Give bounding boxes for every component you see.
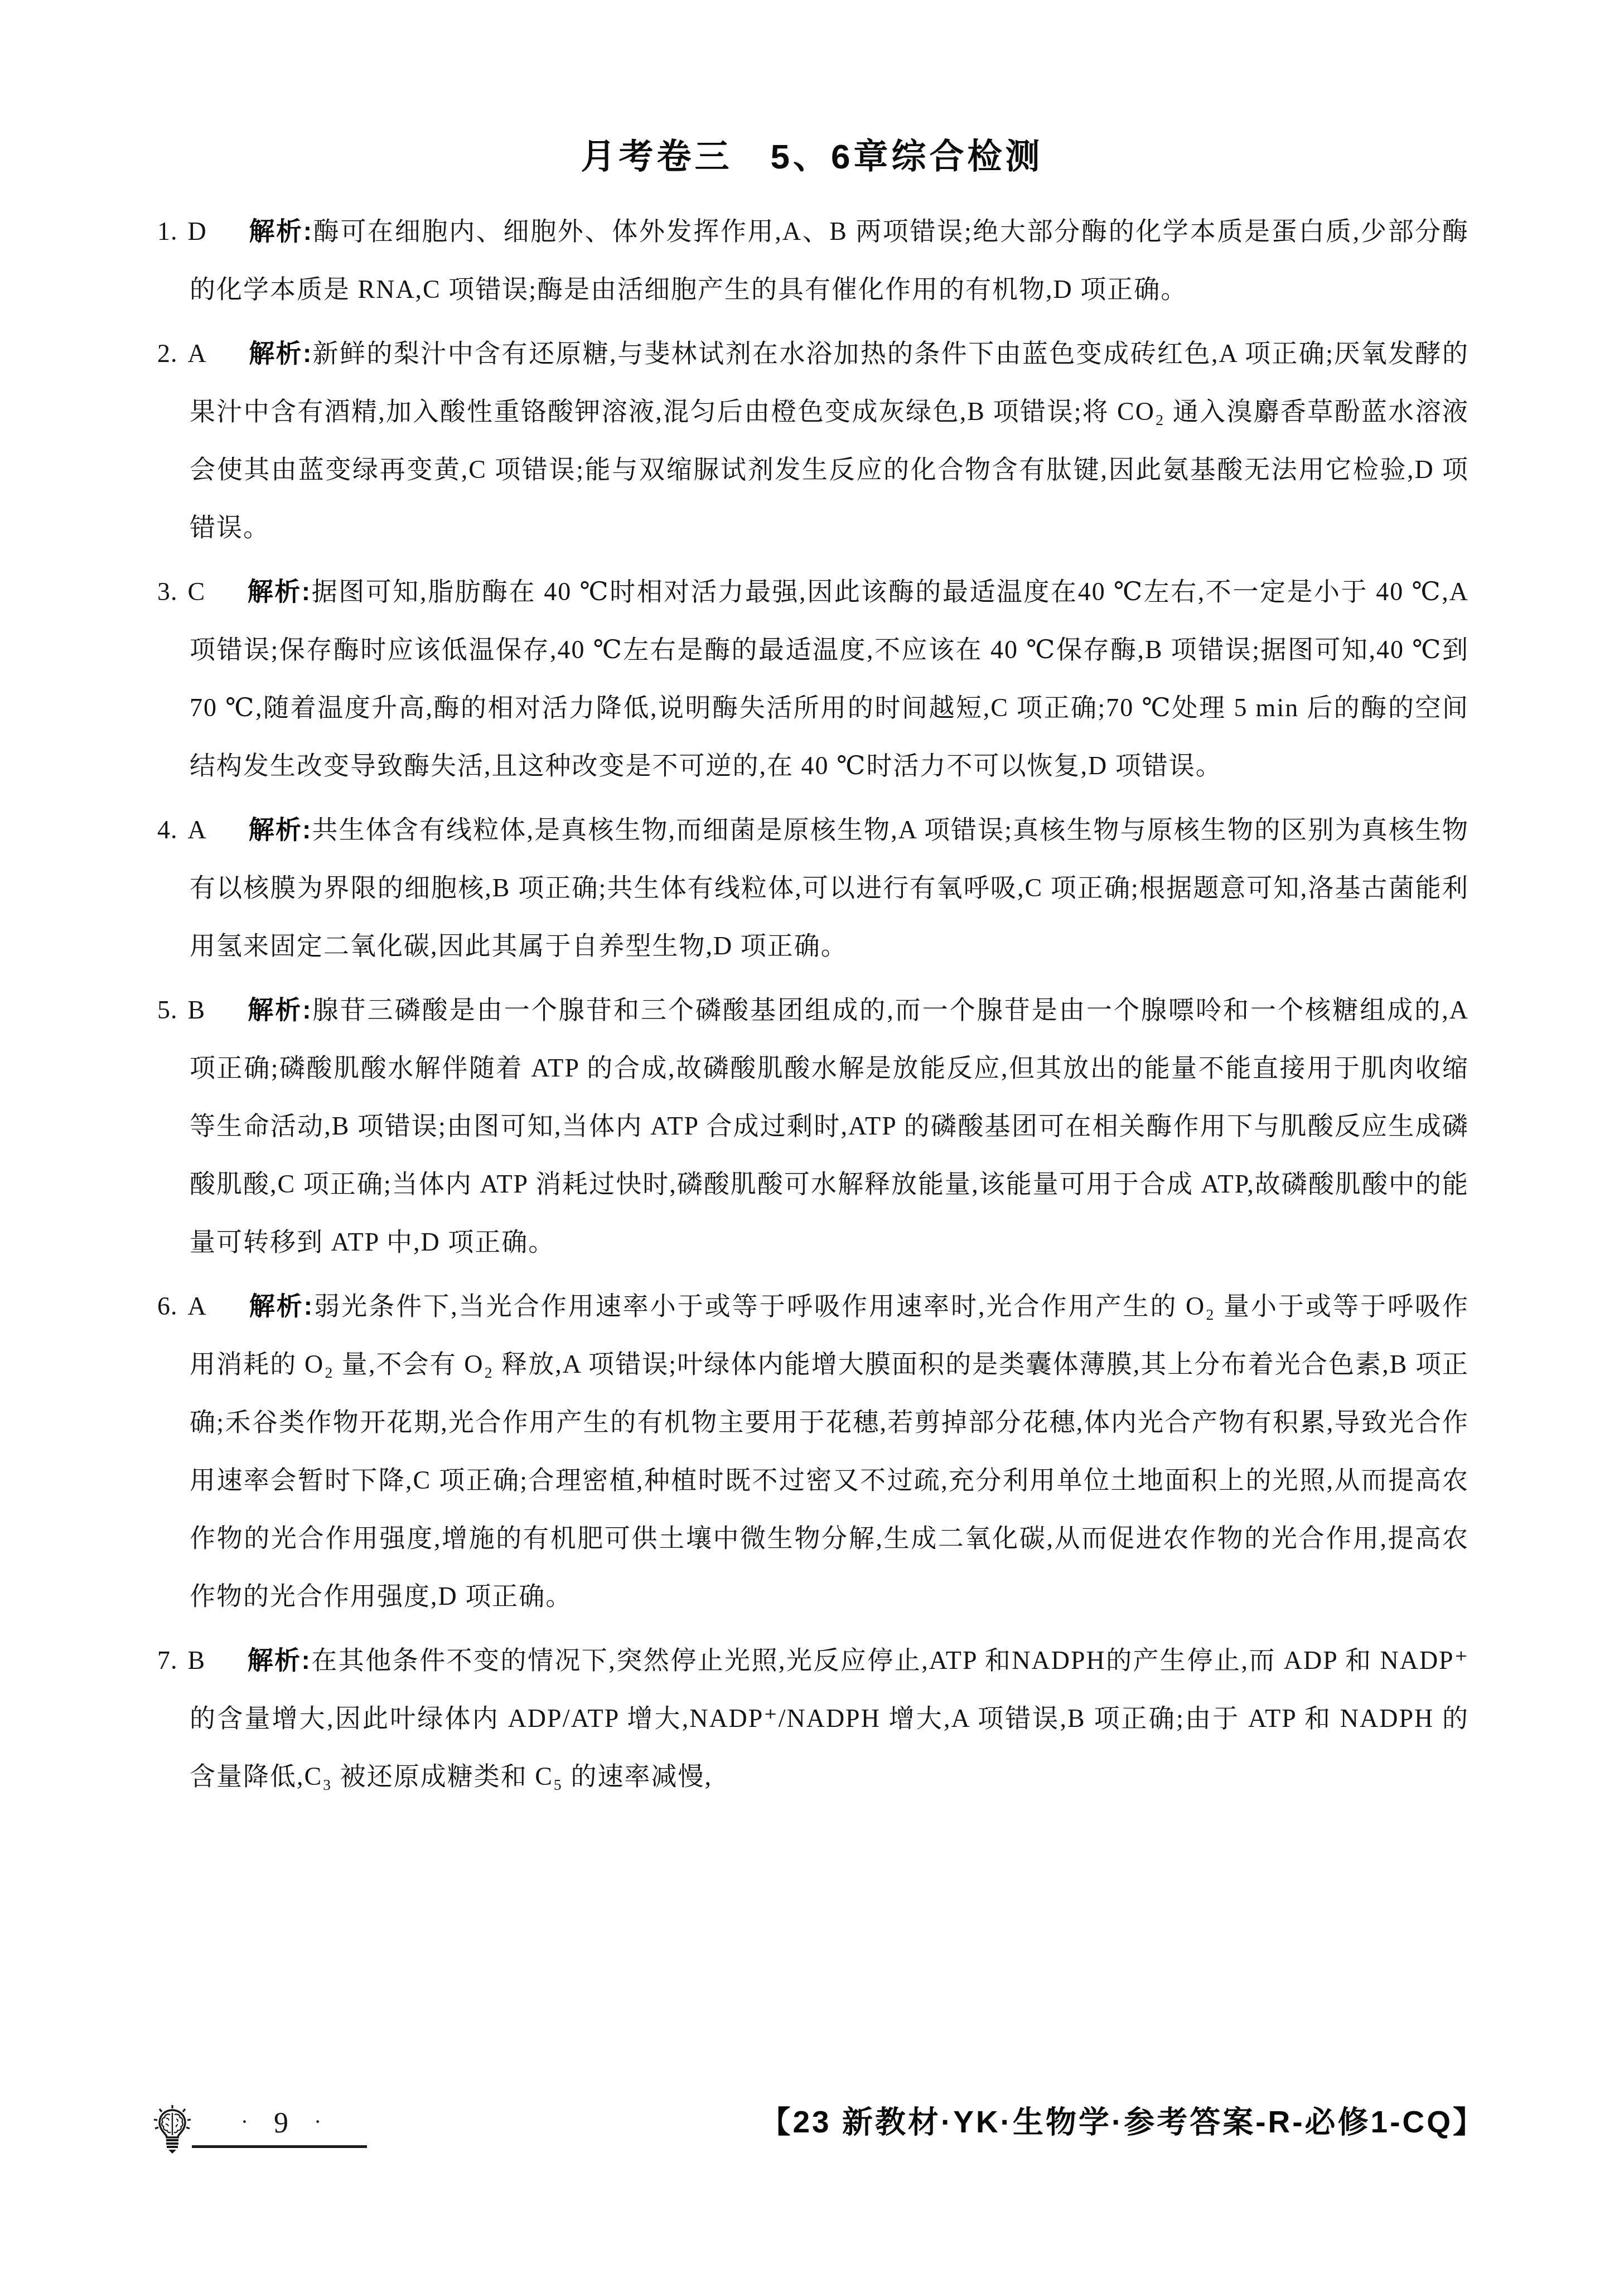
answer-item-5: 5.B解析:腺苷三磷酸是由一个腺苷和三个磷酸基团组成的,而一个腺苷是由一个腺嘌呤… [157, 981, 1469, 1271]
analysis-text: 据图可知,脂肪酶在 40 ℃时相对活力最强,因此该酶的最适温度在40 ℃左右,不… [190, 577, 1469, 780]
item-number: 3. [157, 577, 178, 606]
analysis-text: 共生体含有线粒体,是真核生物,而细菌是原核生物,A 项错误;真核生物与原核生物的… [190, 815, 1469, 960]
item-number: 7. [157, 1646, 178, 1674]
analysis-label: 解析: [249, 1291, 313, 1320]
answer-item-3: 3.C解析:据图可知,脂肪酶在 40 ℃时相对活力最强,因此该酶的最适温度在40… [157, 562, 1469, 795]
answer-item-2: 2.A解析:新鲜的梨汁中含有还原糖,与斐林试剂在水浴加热的条件下由蓝色变成砖红色… [157, 324, 1469, 557]
answer-letter: A [188, 1292, 207, 1320]
answer-key-page: 月考卷三 5、6章综合检测 1.D解析:酶可在细胞内、细胞外、体外发挥作用,A、… [0, 0, 1624, 2283]
analysis-label: 解析: [247, 1645, 311, 1674]
analysis-label: 解析: [247, 577, 311, 606]
answer-letter: B [188, 1646, 206, 1674]
analysis-label: 解析: [247, 995, 312, 1024]
analysis-label: 解析: [249, 815, 312, 844]
item-number: 5. [157, 996, 178, 1024]
analysis-text: 酶可在细胞内、细胞外、体外发挥作用,A、B 两项错误;绝大部分酶的化学本质是蛋白… [190, 217, 1469, 303]
page-number-value: 9 [274, 2107, 289, 2139]
item-number: 4. [157, 815, 178, 844]
answer-item-4: 4.A解析:共生体含有线粒体,是真核生物,而细菌是原核生物,A 项错误;真核生物… [157, 800, 1469, 975]
answer-list: 1.D解析:酶可在细胞内、细胞外、体外发挥作用,A、B 两项错误;绝大部分酶的化… [157, 202, 1469, 1806]
answer-letter: B [188, 996, 206, 1024]
analysis-text: 新鲜的梨汁中含有还原糖,与斐林试剂在水浴加热的条件下由蓝色变成砖红色,A 项正确… [190, 339, 1469, 542]
analysis-text: 腺苷三磷酸是由一个腺苷和三个磷酸基团组成的,而一个腺苷是由一个腺嘌呤和一个核糖组… [190, 996, 1469, 1256]
answer-item-7: 7.B解析:在其他条件不变的情况下,突然停止光照,光反应停止,ATP 和NADP… [157, 1631, 1469, 1806]
page-title: 月考卷三 5、6章综合检测 [0, 0, 1624, 180]
analysis-text: 弱光条件下,当光合作用速率小于或等于呼吸作用速率时,光合作用产生的 O₂ 量小于… [190, 1292, 1469, 1610]
answer-letter: D [188, 217, 207, 245]
answer-letter: A [188, 339, 207, 368]
analysis-label: 解析: [249, 216, 313, 245]
answer-item-1: 1.D解析:酶可在细胞内、细胞外、体外发挥作用,A、B 两项错误;绝大部分酶的化… [157, 202, 1469, 318]
item-number: 2. [157, 339, 178, 368]
answer-item-6: 6.A解析:弱光条件下,当光合作用速率小于或等于呼吸作用速率时,光合作用产生的 … [157, 1277, 1469, 1625]
item-number: 1. [157, 217, 178, 245]
page-number: ·9· [195, 2104, 368, 2141]
analysis-label: 解析: [249, 339, 313, 368]
footer-divider-line [192, 2145, 367, 2148]
item-number: 6. [157, 1292, 178, 1320]
answer-letter: C [188, 577, 206, 606]
analysis-text: 在其他条件不变的情况下,突然停止光照,光反应停止,ATP 和NADPH的产生停止… [190, 1646, 1469, 1790]
page-number-left-dot: · [216, 2109, 274, 2134]
answer-letter: A [188, 815, 207, 844]
lightbulb-brain-icon [152, 2104, 193, 2155]
footer-imprint: 【23 新教材·YK·生物学·参考答案-R-必修1-CQ】 [760, 2102, 1486, 2142]
page-number-right-dot: · [289, 2109, 347, 2134]
